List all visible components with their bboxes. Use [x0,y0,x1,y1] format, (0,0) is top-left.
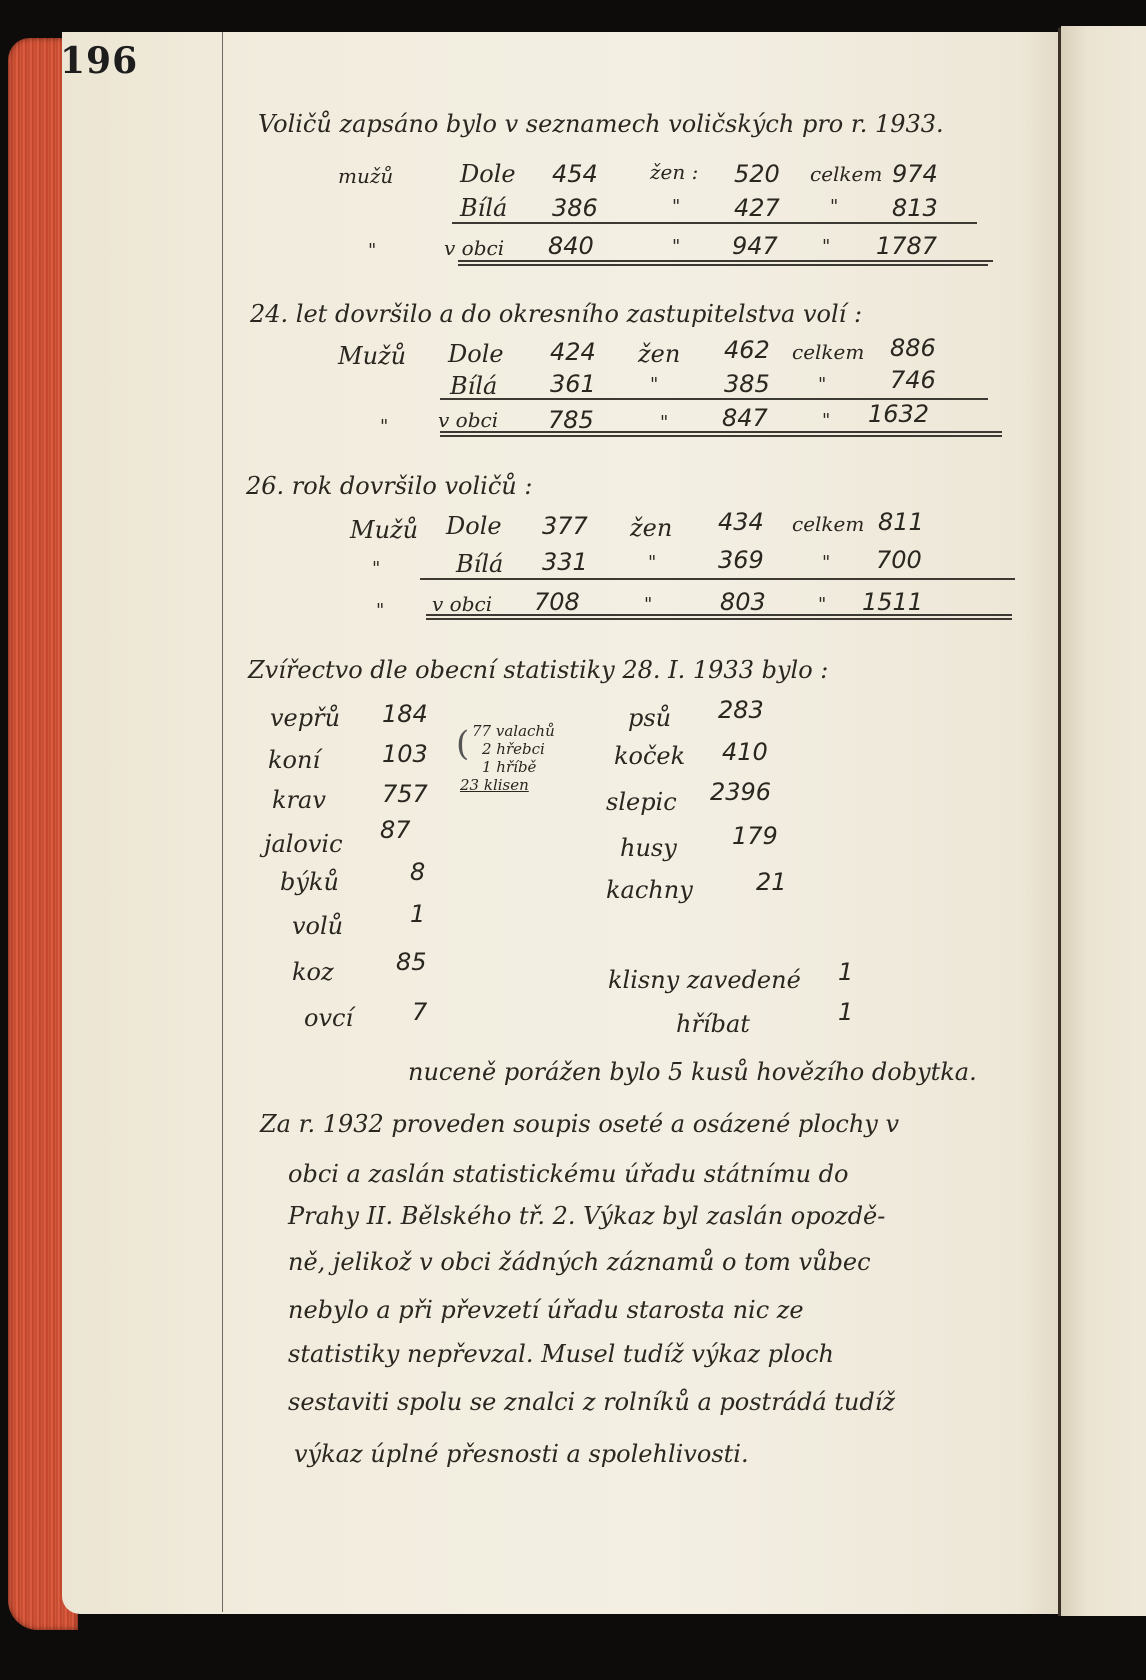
s3-row3-total-label: " [818,594,826,615]
s2-row3-label: " [380,416,388,437]
s3-row1-label: Mužů [350,516,418,544]
s2-row1-women-label: žen [638,340,680,368]
s1-row2-total: 813 [892,194,938,222]
ledger-page [62,32,1060,1614]
s3-row3-men: 708 [534,588,580,616]
s1-total-rule-2 [458,264,988,266]
facing-page [1061,26,1146,1616]
livestock-label-geese: husy [620,834,677,862]
livestock-value-sheep: 7 [412,998,427,1026]
paragraph-line-5: nebylo a při převzetí úřadu starosta nic… [288,1296,804,1324]
s1-row3-total-label: " [822,236,830,257]
s1-row3-women-label: " [672,236,680,257]
livestock-label-bulls: býků [280,868,339,896]
section2-heading: 24. let dovršilo a do okresního zastupit… [250,300,862,328]
s2-row1-total: 886 [890,334,936,362]
s2-row1-men: 424 [550,338,596,366]
livestock-value-cows: 757 [382,780,428,808]
s3-row2-total-label: " [822,552,830,573]
livestock-label-goats: koz [292,958,334,986]
s3-row1-place: Dole [446,512,502,540]
s3-row3-total: 1511 [862,588,923,616]
paragraph-line-7: sestaviti spolu se znalci z rolníků a po… [288,1388,895,1416]
s1-row3-place: v obci [444,236,504,260]
s1-row1-place: Dole [460,160,516,188]
s3-row1-women-label: žen [630,514,672,542]
s2-row2-place: Bílá [450,372,497,400]
s3-row2-label: " [372,558,380,579]
s3-row1-total-label: celkem [792,512,864,536]
s1-row3-total: 1787 [876,232,937,260]
livestock-value-ducks: 21 [756,868,787,896]
extra-label-mares-introduced: klisny zavedené [608,966,801,994]
livestock-value-heifers: 87 [380,816,411,844]
livestock-label-cats: koček [614,742,685,770]
horse-bracket: ( [456,724,469,764]
extra-value-mares-introduced: 1 [838,958,853,986]
s1-row3-women: 947 [732,232,778,260]
paragraph-line-6: statistiky nepřevzal. Musel tudíž výkaz … [288,1340,834,1368]
livestock-value-bulls: 8 [410,858,425,886]
paragraph-line-4: ně, jelikož v obci žádných záznamů o tom… [288,1248,871,1276]
livestock-label-dogs: psů [628,704,671,732]
s1-row2-place: Bílá [460,194,507,222]
paragraph-line-1: Za r. 1932 proveden soupis oseté a osáze… [260,1110,899,1138]
livestock-value-hens: 2396 [710,778,771,806]
s3-row1-men: 377 [542,512,588,540]
horse-geldings: 77 valachů [472,722,555,740]
s1-row2-women-label: " [672,196,680,217]
livestock-value-goats: 85 [396,948,427,976]
extra-value-foals: 1 [838,998,853,1026]
s1-row2-men: 386 [552,194,598,222]
s3-row3-women: 803 [720,588,766,616]
s2-row1-place: Dole [448,340,504,368]
s2-row2-total: 746 [890,366,936,394]
livestock-value-geese: 179 [732,822,778,850]
s1-row1-women-label: žen : [650,160,698,184]
s3-row1-total: 811 [878,508,924,536]
livestock-value-pigs: 184 [382,700,428,728]
s1-row1-total: 974 [892,160,938,188]
section4-heading: Zvířectvo dle obecní statistiky 28. I. 1… [248,656,828,684]
livestock-label-heifers: jalovic [264,830,343,858]
s2-row3-place: v obci [438,408,498,432]
section1-heading: Voličů zapsáno bylo v seznamech voličský… [258,110,944,138]
s3-total-rule-2 [426,618,1012,620]
s2-row1-women: 462 [724,336,770,364]
livestock-value-dogs: 283 [718,696,764,724]
livestock-label-oxen: volů [292,912,343,940]
horse-mares: 23 klisen [460,776,529,794]
livestock-label-sheep: ovcí [304,1004,353,1032]
s1-row1-men: 454 [552,160,598,188]
s2-row3-total: 1632 [868,400,929,428]
s3-row2-men: 331 [542,548,588,576]
s3-row2-women-label: " [648,552,656,573]
forced-slaughter-note: nuceně porážen bylo 5 kusů hovězího doby… [408,1058,977,1086]
livestock-label-hens: slepic [606,788,677,816]
s3-row3-women-label: " [644,594,652,615]
s2-row2-total-label: " [818,374,826,395]
s1-subtotal-rule [452,222,977,224]
section3-heading: 26. rok dovršilo voličů : [246,472,532,500]
s1-row1-women: 520 [734,160,780,188]
livestock-label-ducks: kachny [606,876,693,904]
s1-row2-women: 427 [734,194,780,222]
s2-row2-women-label: " [650,374,658,395]
s2-total-rule-1 [440,431,1002,433]
s2-row3-men: 785 [548,406,594,434]
horse-foals: 1 hříbě [482,758,536,776]
s1-total-rule-1 [458,260,993,262]
extra-label-foals: hříbat [676,1010,750,1038]
horse-stallions: 2 hřebci [482,740,545,758]
s3-row2-women: 369 [718,546,764,574]
paragraph-line-3: Prahy II. Bělského tř. 2. Výkaz byl zasl… [288,1202,885,1230]
s3-subtotal-rule [420,578,1015,580]
s2-row3-women-label: " [660,412,668,433]
s3-row1-women: 434 [718,508,764,536]
paragraph-line-2: obci a zaslán statistickému úřadu státní… [288,1160,848,1188]
s2-row1-label: Mužů [338,342,406,370]
s2-row3-women: 847 [722,404,768,432]
page-number: 196 [60,40,138,82]
s1-row2-total-label: " [830,196,838,217]
book-gutter [1058,28,1061,1616]
livestock-label-pigs: vepřů [270,704,340,732]
s3-total-rule-1 [426,614,1012,616]
s1-row3-label: " [368,240,376,261]
s1-row1-label: mužů [338,164,393,188]
s3-row3-place: v obci [432,592,492,616]
s2-row3-total-label: " [822,410,830,431]
livestock-value-oxen: 1 [410,900,425,928]
s1-row1-total-label: celkem [810,162,882,186]
s3-row3-label: " [376,600,384,621]
s1-row3-men: 840 [548,232,594,260]
paragraph-line-8: výkaz úplné přesnosti a spolehlivosti. [294,1440,749,1468]
s2-total-rule-2 [440,435,1002,437]
s2-row2-men: 361 [550,370,596,398]
livestock-label-cows: krav [272,786,326,814]
livestock-label-horses: koní [268,746,320,774]
margin-rule [222,32,223,1612]
s3-row2-total: 700 [876,546,922,574]
s2-row1-total-label: celkem [792,340,864,364]
s3-row2-place: Bílá [456,550,503,578]
s2-row2-women: 385 [724,370,770,398]
livestock-value-cats: 410 [722,738,768,766]
livestock-value-horses: 103 [382,740,428,768]
